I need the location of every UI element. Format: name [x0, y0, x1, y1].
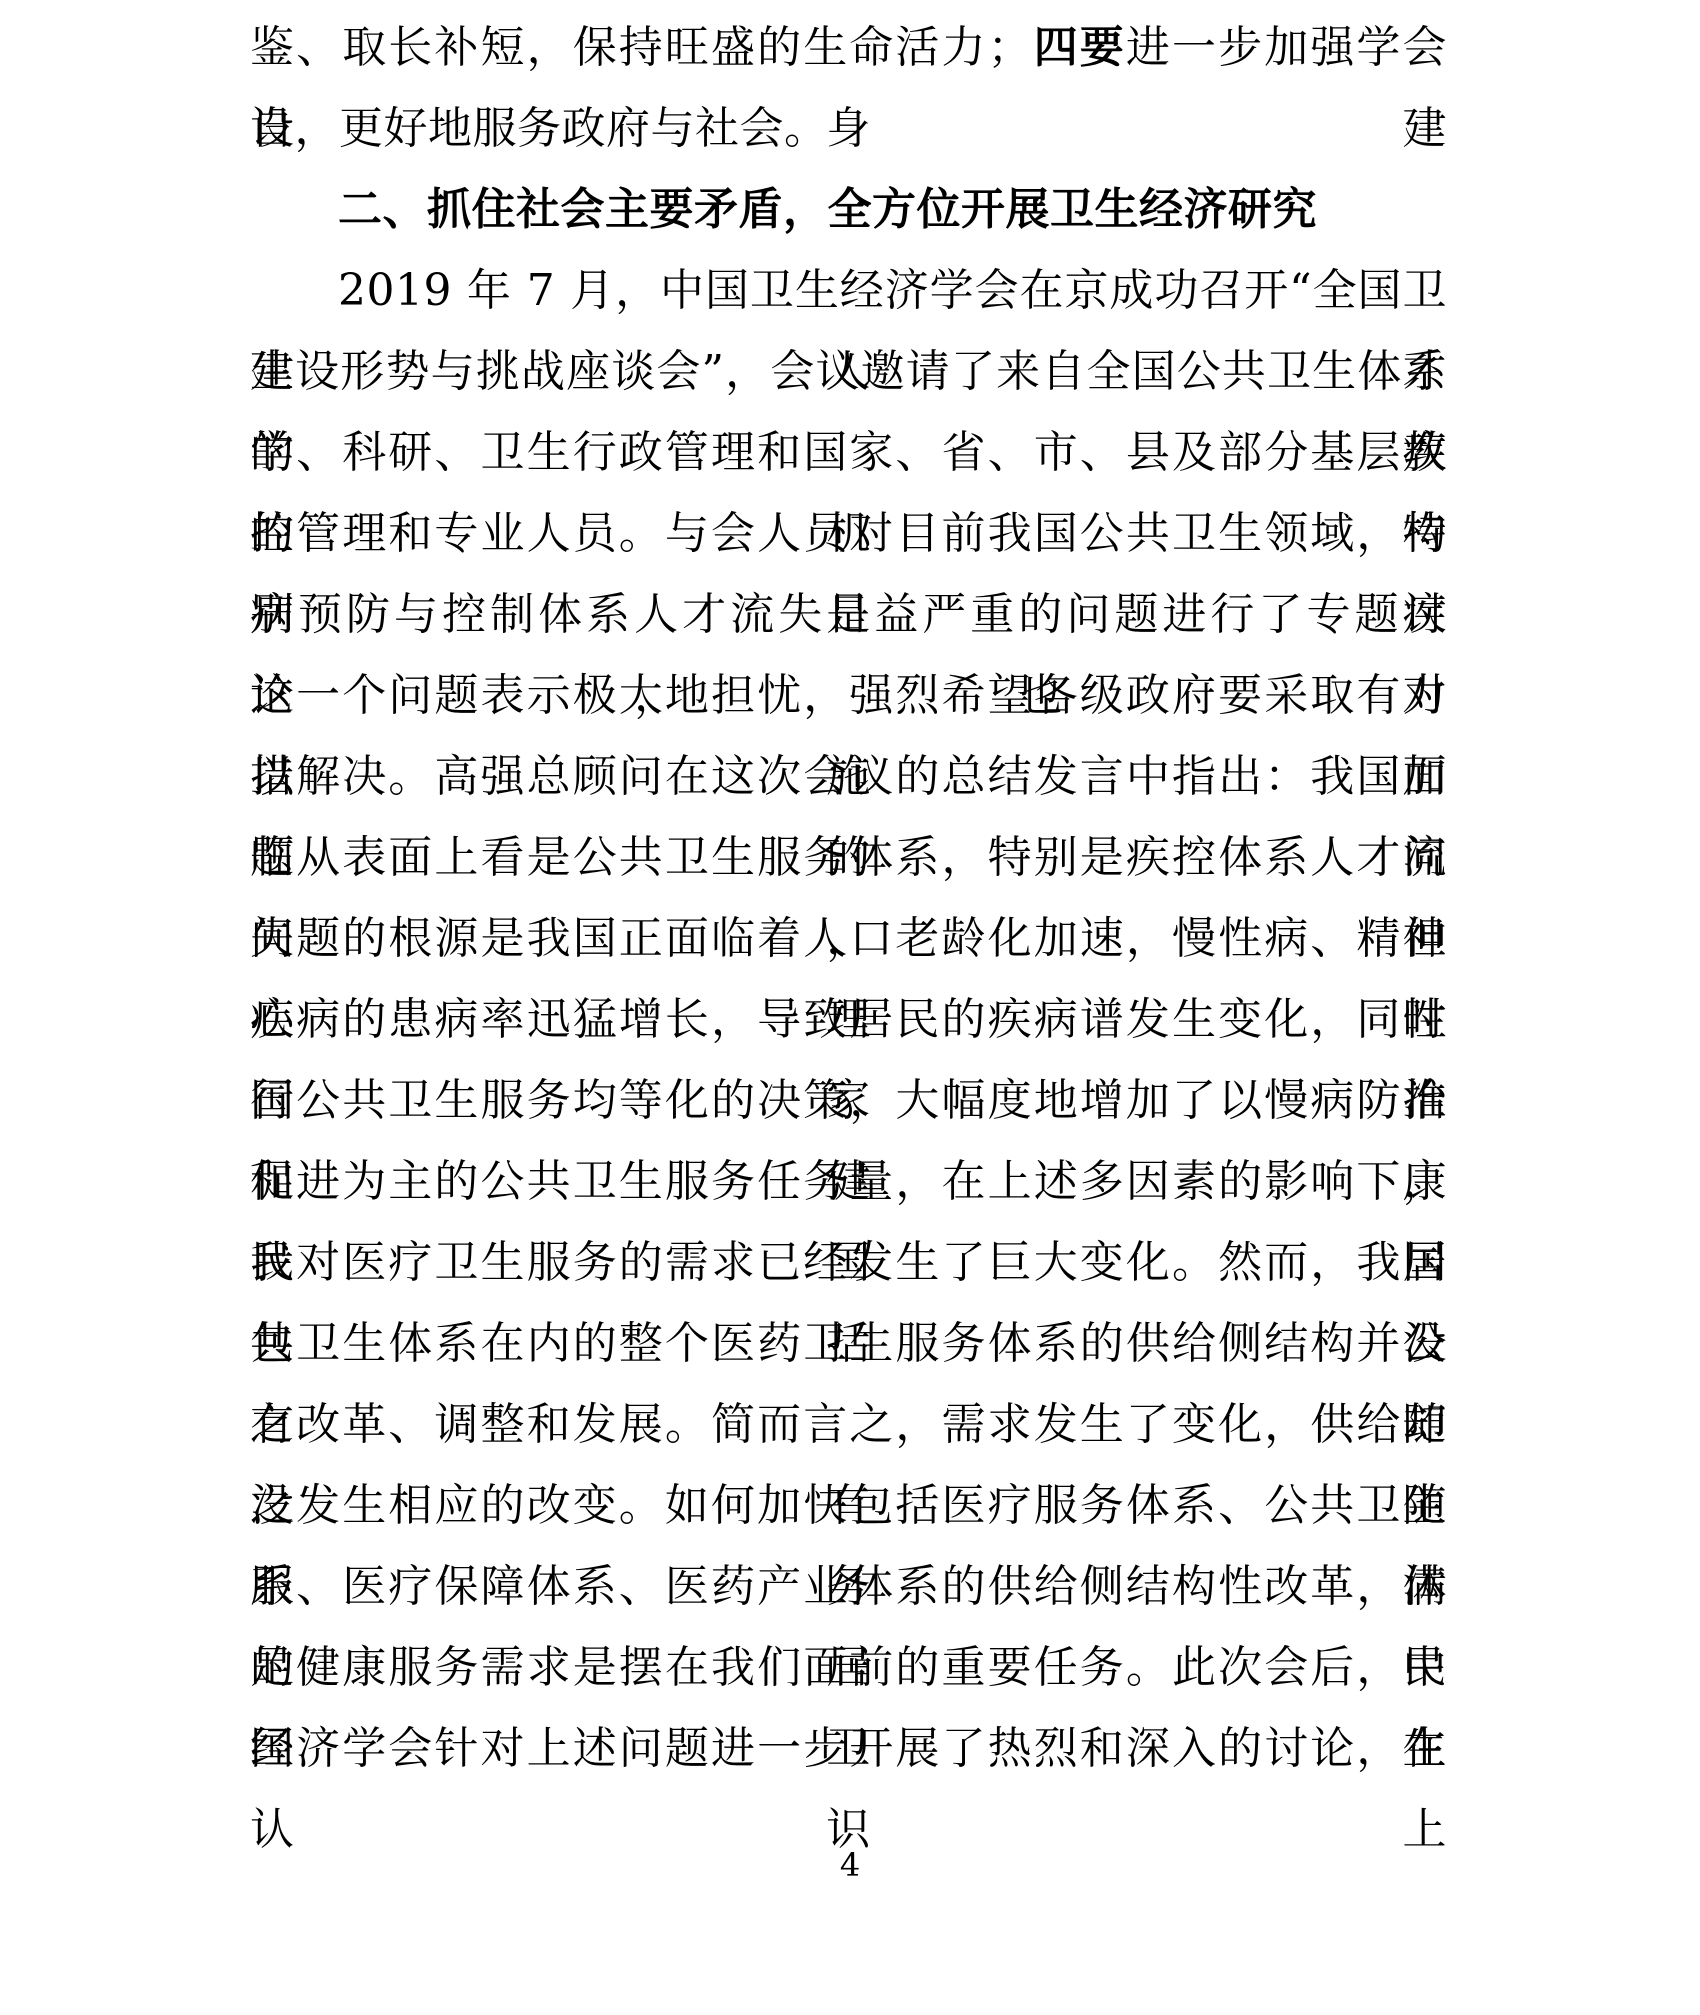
text-line: 病预防与控制体系人才流失日益严重的问题进行了专题讨论，也对	[250, 574, 1447, 655]
bold-text-segment: 四要	[1032, 22, 1126, 73]
text-line: 学、科研、卫生行政管理和国家、省、市、县及部分基层疾控机构	[250, 412, 1447, 493]
text-line: 题从表面上看是公共卫生服务体系，特别是疾控体系人才流失，但	[250, 817, 1447, 898]
document-page: 鉴、取长补短，保持旺盛的生命活力；四要进一步加强学会自身建设，更好地服务政府与社…	[0, 0, 1700, 2015]
text-line: 鉴、取长补短，保持旺盛的生命活力；四要进一步加强学会自身建	[250, 7, 1447, 88]
text-line: 的管理和专业人员。与会人员对目前我国公共卫生领域，特别是疾	[250, 493, 1447, 574]
text-line: 行公共卫生服务均等化的决策，大幅度地增加了以慢病防治和健康	[250, 1060, 1447, 1141]
text-block: 鉴、取长补短，保持旺盛的生命活力；四要进一步加强学会自身建设，更好地服务政府与社…	[250, 7, 1447, 1789]
text-line: 这一个问题表示极大地担忧，强烈希望各级政府要采取有力措施加	[250, 655, 1447, 736]
text-line: 之改革、调整和发展。简而言之，需求发生了变化，供给却没有随	[250, 1384, 1447, 1465]
text-segment: 设，更好地服务政府与社会。	[250, 103, 829, 154]
text-line: 疾病的患病率迅猛增长，导致居民的疾病谱发生变化，同时国家推	[250, 979, 1447, 1060]
bold-text-segment: 二、抓住社会主要矛盾，全方位开展卫生经济研究	[338, 184, 1317, 235]
text-line: 经济学会针对上述问题进一步开展了热烈和深入的讨论，在认识上	[250, 1708, 1447, 1789]
text-line: 促进为主的公共卫生服务任务量，在上述多因素的影响下，我国居	[250, 1141, 1447, 1222]
text-line: 以解决。高强总顾问在这次会议的总结发言中指出：我国面临的问	[250, 736, 1447, 817]
text-line: 的健康服务需求是摆在我们面前的重要任务。此次会后，中国卫生	[250, 1627, 1447, 1708]
section-heading: 二、抓住社会主要矛盾，全方位开展卫生经济研究	[250, 169, 1447, 250]
text-line: 问题的根源是我国正面临着人口老龄化加速，慢性病、精神心理性	[250, 898, 1447, 979]
text-line: 之发生相应的改变。如何加快包括医疗服务体系、公共卫生服务体	[250, 1465, 1447, 1546]
page-number: 4	[0, 1845, 1700, 1885]
text-line: 建设形势与挑战座谈会”，会议邀请了来自全国公共卫生体系的教	[250, 331, 1447, 412]
text-line: 系、医疗保障体系、医药产业体系的供给侧结构性改革，满足居民	[250, 1546, 1447, 1627]
text-segment: 经济学会针对上述问题进一步开展了热烈和深入的讨论，在认识上	[250, 1723, 1447, 1855]
text-line: 2019 年 7 月，中国卫生经济学会在京成功召开“全国卫生人才	[250, 250, 1447, 331]
text-line: 民对医疗卫生服务的需求已经发生了巨大变化。然而，我国包括公	[250, 1222, 1447, 1303]
text-line: 共卫生体系在内的整个医药卫生服务体系的供给侧结构并没有随	[250, 1303, 1447, 1384]
text-segment: 鉴、取长补短，保持旺盛的生命活力；	[250, 22, 1032, 73]
